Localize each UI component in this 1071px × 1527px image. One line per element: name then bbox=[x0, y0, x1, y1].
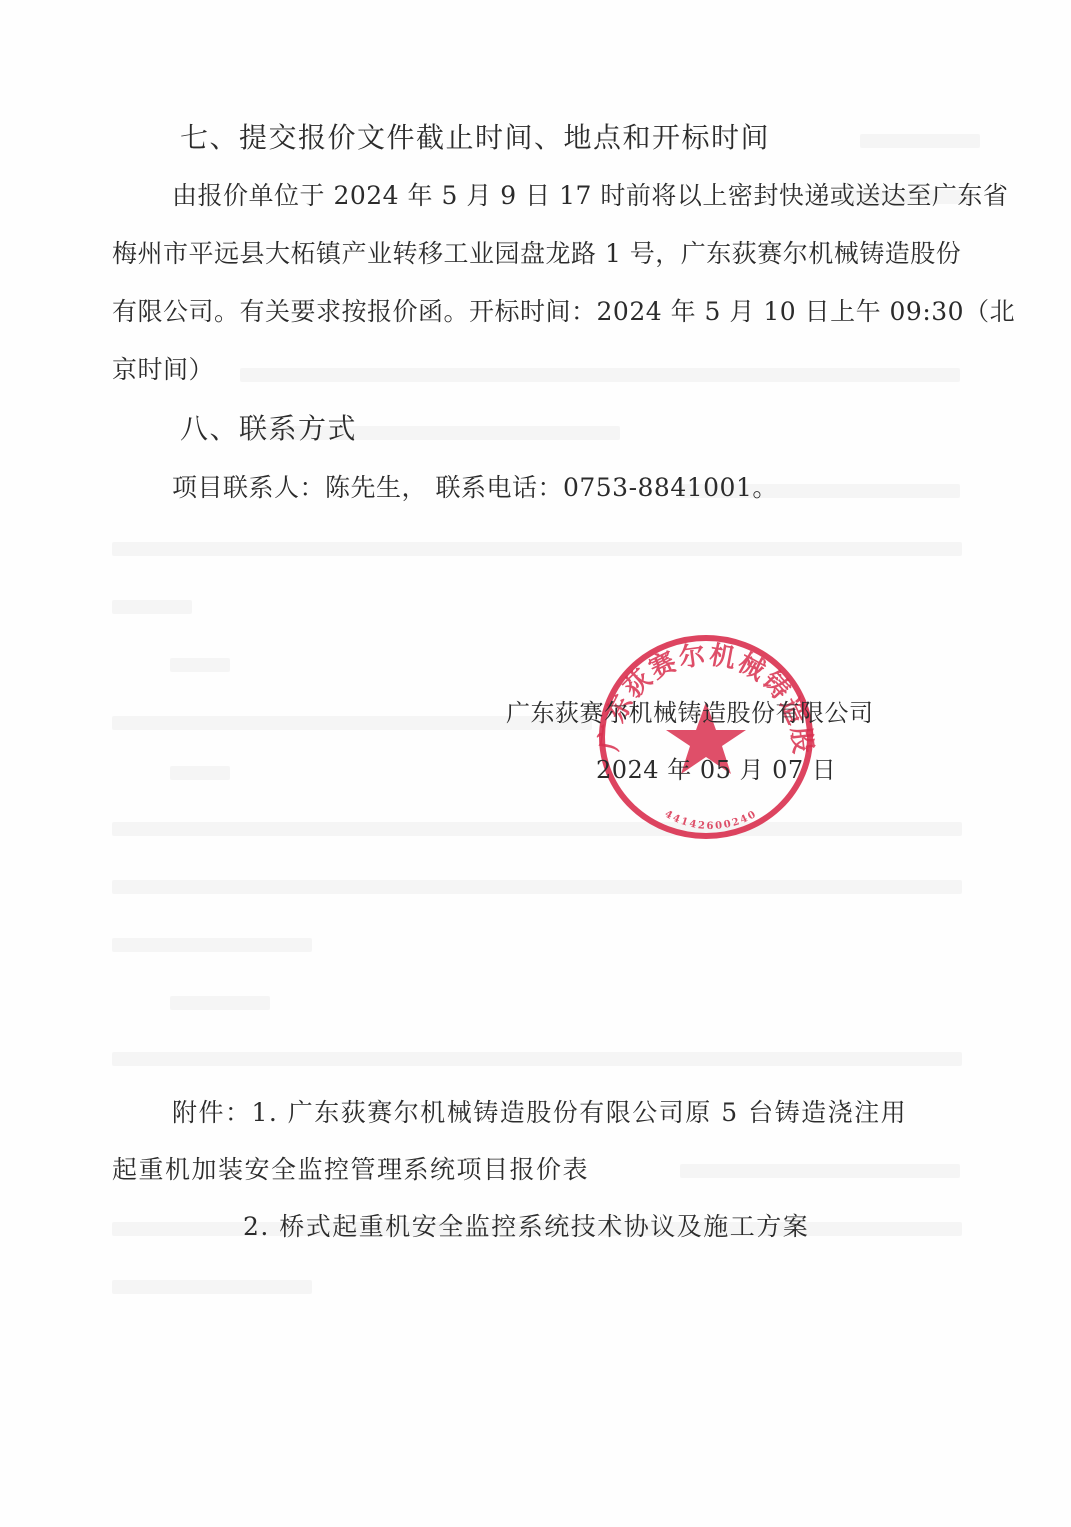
signature-company: 广东荻赛尔机械铸造股份有限公司 bbox=[506, 698, 874, 728]
company-seal-icon: 广东荻赛尔机械铸造股份有限公司 44142600240 bbox=[596, 632, 816, 842]
signature-date: 2024 年 05 月 07 日 bbox=[596, 755, 836, 785]
section-7-line-3: 有限公司。有关要求按报价函。开标时间：2024 年 5 月 10 日上午 09:… bbox=[112, 297, 1015, 327]
section-7-line-1: 由报价单位于 2024 年 5 月 9 日 17 时前将以上密封快递或送达至广东… bbox=[172, 181, 1008, 211]
attachment-1-continued: 起重机加装安全监控管理系统项目报价表 bbox=[112, 1155, 589, 1185]
contact-line: 项目联系人：陈先生， 联系电话：0753-8841001。 bbox=[172, 473, 778, 503]
section-7-line-4: 京时间） bbox=[112, 355, 214, 385]
attachment-1: 附件：1. 广东荻赛尔机械铸造股份有限公司原 5 台铸造浇注用 bbox=[172, 1098, 907, 1128]
section-8-heading: 八、联系方式 bbox=[180, 414, 357, 444]
document-page: 七、提交报价文件截止时间、地点和开标时间 由报价单位于 2024 年 5 月 9… bbox=[0, 0, 1071, 1527]
section-7-line-2: 梅州市平远县大柘镇产业转移工业园盘龙路 1 号，广东荻赛尔机械铸造股份 bbox=[112, 239, 961, 269]
section-7-heading: 七、提交报价文件截止时间、地点和开标时间 bbox=[180, 123, 770, 153]
attachment-2: 2. 桥式起重机安全监控系统技术协议及施工方案 bbox=[243, 1212, 809, 1242]
